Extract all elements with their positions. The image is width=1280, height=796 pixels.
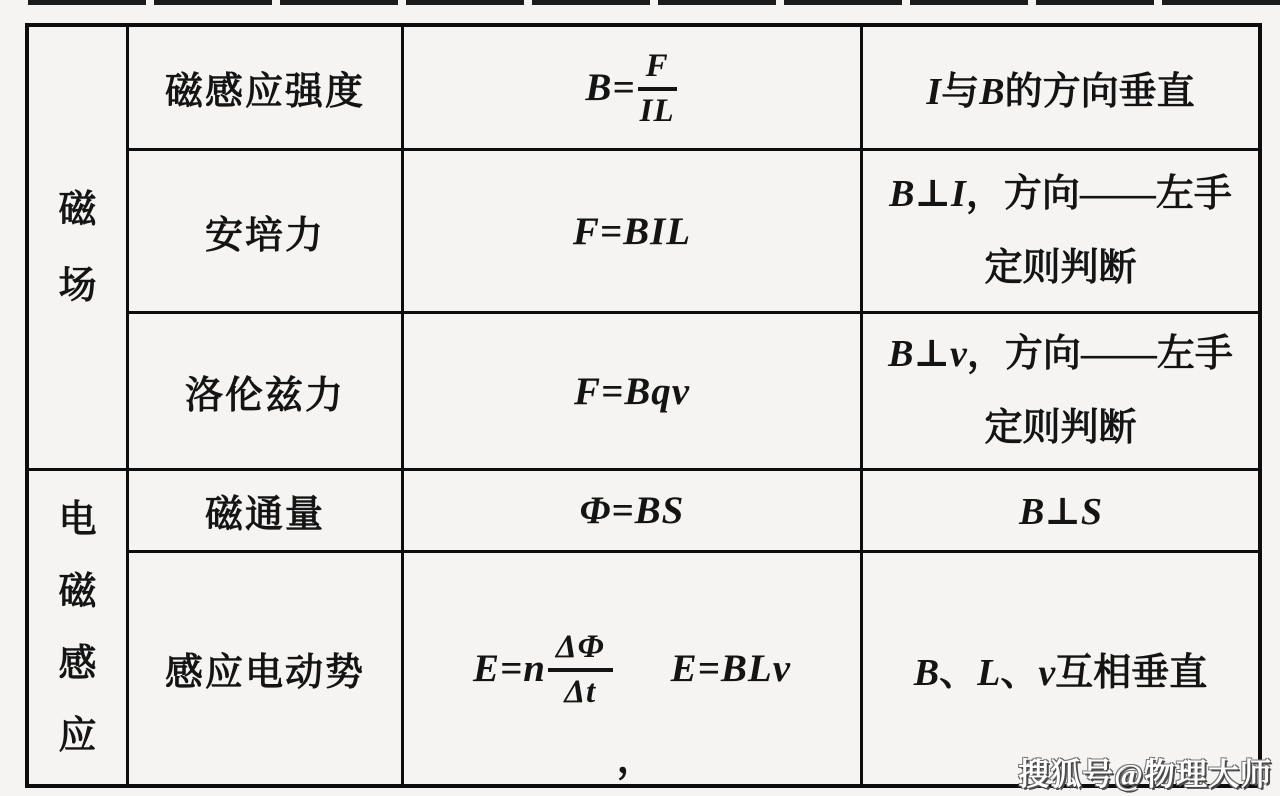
formula-lhs: B= [585, 65, 635, 110]
condition-lorentz-force: B⊥v，方向——左手 定则判断 [863, 314, 1258, 471]
formula-second: E=BLv [671, 646, 791, 691]
cropped-top-edge-marks [28, 0, 1280, 5]
formula-induced-emf: E=n ΔΦ Δt ， E=BLv [404, 553, 863, 784]
rowgroup-em-induction: 电 磁 感 应 [29, 471, 129, 784]
condition-ampere-force: B⊥I，方向——左手 定则判断 [863, 151, 1258, 314]
rowgroup-magnetic-field-char: 磁 [58, 191, 96, 229]
concept-induced-emf: 感应电动势 [129, 553, 404, 784]
rowgroup-em-induction-char: 磁 [58, 573, 96, 611]
fraction-denominator: Δt [564, 672, 596, 710]
fraction-denominator: IL [640, 91, 675, 129]
rowgroup-magnetic-field-char: 场 [58, 267, 96, 305]
concept-magnetic-flux-density: 磁感应强度 [129, 27, 404, 151]
rowgroup-em-induction-char: 应 [58, 717, 96, 755]
formula-ampere-force: F=BIL [404, 151, 863, 314]
formula-lorentz-force: F=Bqv [404, 314, 863, 471]
physics-formula-table: 磁 场 电 磁 感 应 磁感应强度 B= F IL I与B的方向垂直 安培力 F… [25, 23, 1262, 788]
fraction-numerator: ΔΦ [548, 628, 613, 672]
watermark-souhu-physics-master: 搜狐号@物理大师 [1018, 749, 1272, 794]
rowgroup-magnetic-field: 磁 场 [29, 27, 129, 471]
condition-magnetic-flux-density: I与B的方向垂直 [863, 27, 1258, 151]
fraction: ΔΦ Δt [548, 628, 613, 709]
fraction-numerator: F [638, 47, 677, 91]
formula-magnetic-flux: Φ=BS [404, 471, 863, 553]
condition-magnetic-flux: B⊥S [863, 471, 1258, 553]
formula-magnetic-flux-density: B= F IL [404, 27, 863, 151]
concept-ampere-force: 安培力 [129, 151, 404, 314]
concept-magnetic-flux: 磁通量 [129, 471, 404, 553]
fraction: F IL [638, 47, 677, 128]
concept-lorentz-force: 洛伦兹力 [129, 314, 404, 471]
formula-separator: ， [617, 728, 657, 784]
formula-lhs: E=n [473, 646, 546, 691]
rowgroup-em-induction-char: 感 [58, 645, 96, 683]
rowgroup-em-induction-char: 电 [58, 501, 96, 539]
